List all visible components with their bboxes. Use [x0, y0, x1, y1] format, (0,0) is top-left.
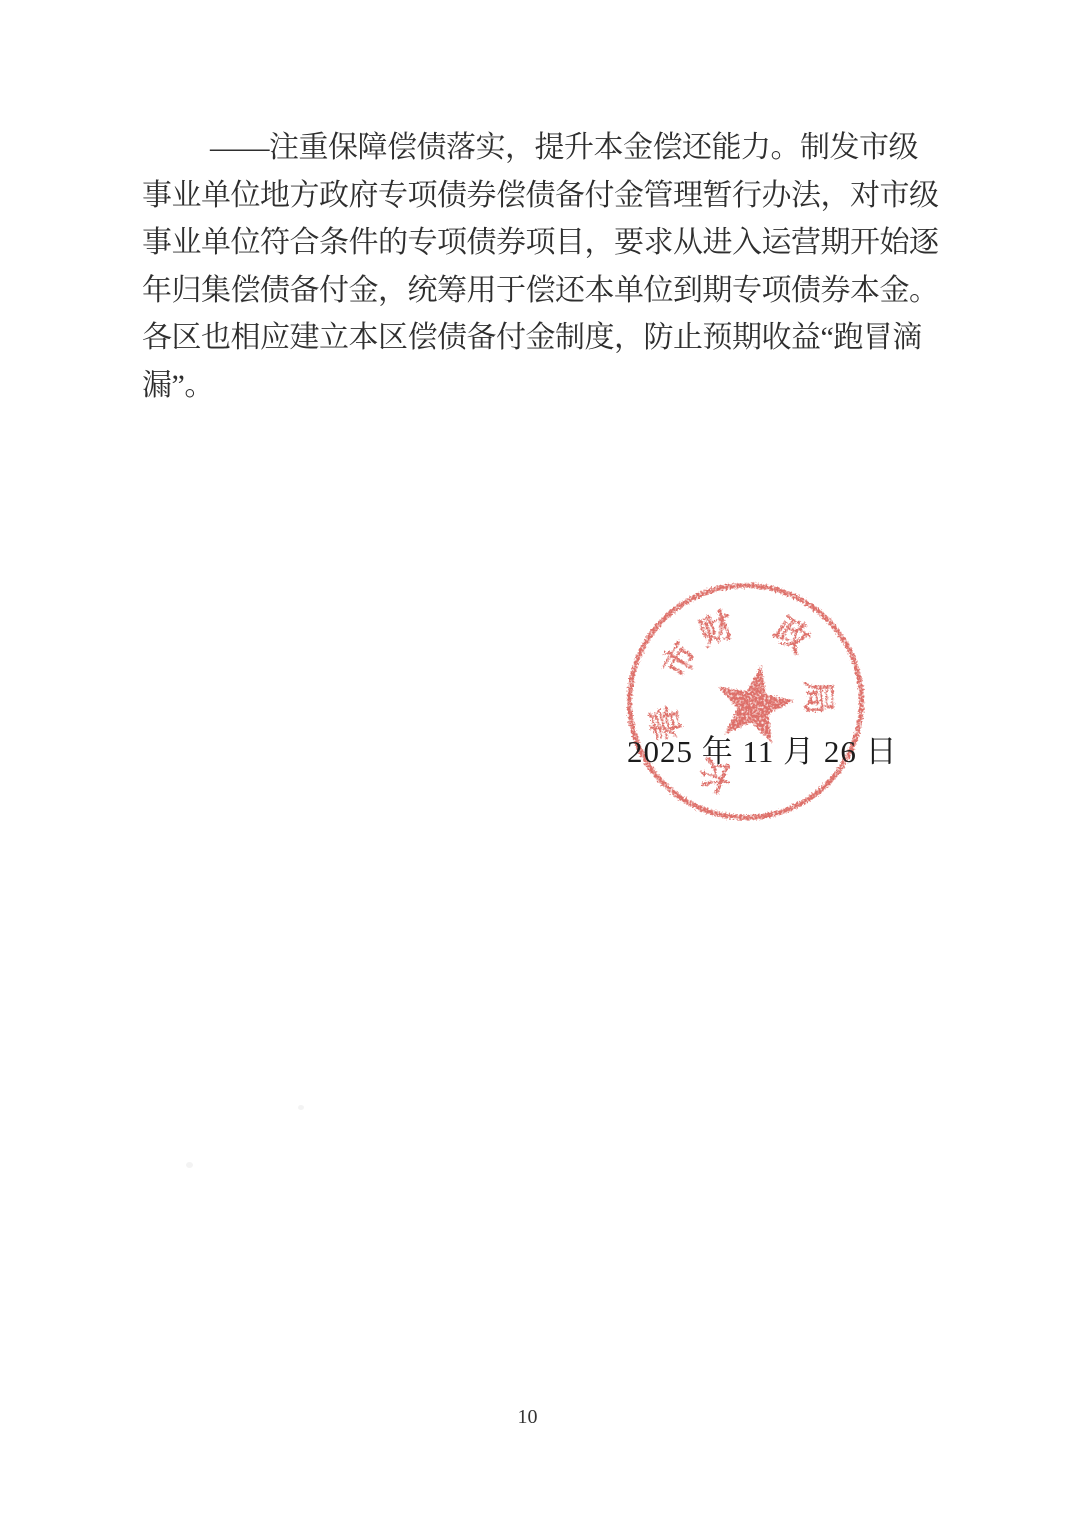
body-paragraph: ——注重保障偿债落实，提升本金偿还能力。制发市级 事业单位地方政府专项债券偿债备… — [142, 124, 937, 409]
paragraph-line: 漏”。 — [142, 362, 937, 410]
scan-speck — [298, 1105, 304, 1110]
paragraph-line: 各区也相应建立本区偿债备付金制度，防止预期收益“跑冒滴 — [142, 314, 937, 362]
seal-character: 政 — [767, 610, 817, 661]
official-seal: 长 春 市 财 政 局 — [624, 580, 867, 823]
seal-character: 财 — [694, 606, 740, 654]
document-page: ——注重保障偿债落实，提升本金偿还能力。制发市级 事业单位地方政府专项债券偿债备… — [0, 0, 1075, 1521]
paragraph-line: 事业单位符合条件的专项债券项目，要求从进入运营期开始逐 — [142, 219, 937, 267]
seal-character: 市 — [656, 636, 706, 685]
official-seal-graphic: 长 春 市 财 政 局 — [624, 580, 867, 823]
paragraph-line: 年归集偿债备付金，统筹用于偿还本单位到期专项债券本金。 — [142, 267, 937, 315]
document-date: 2025 年 11 月 26 日 — [627, 726, 887, 771]
paragraph-line: 事业单位地方政府专项债券偿债备付金管理暂行办法，对市级 — [142, 172, 937, 220]
page-number: 10 — [0, 1406, 1055, 1429]
paragraph-line: ——注重保障偿债落实，提升本金偿还能力。制发市级 — [142, 124, 937, 172]
seal-character: 局 — [798, 680, 837, 716]
scan-speck — [186, 1162, 193, 1168]
